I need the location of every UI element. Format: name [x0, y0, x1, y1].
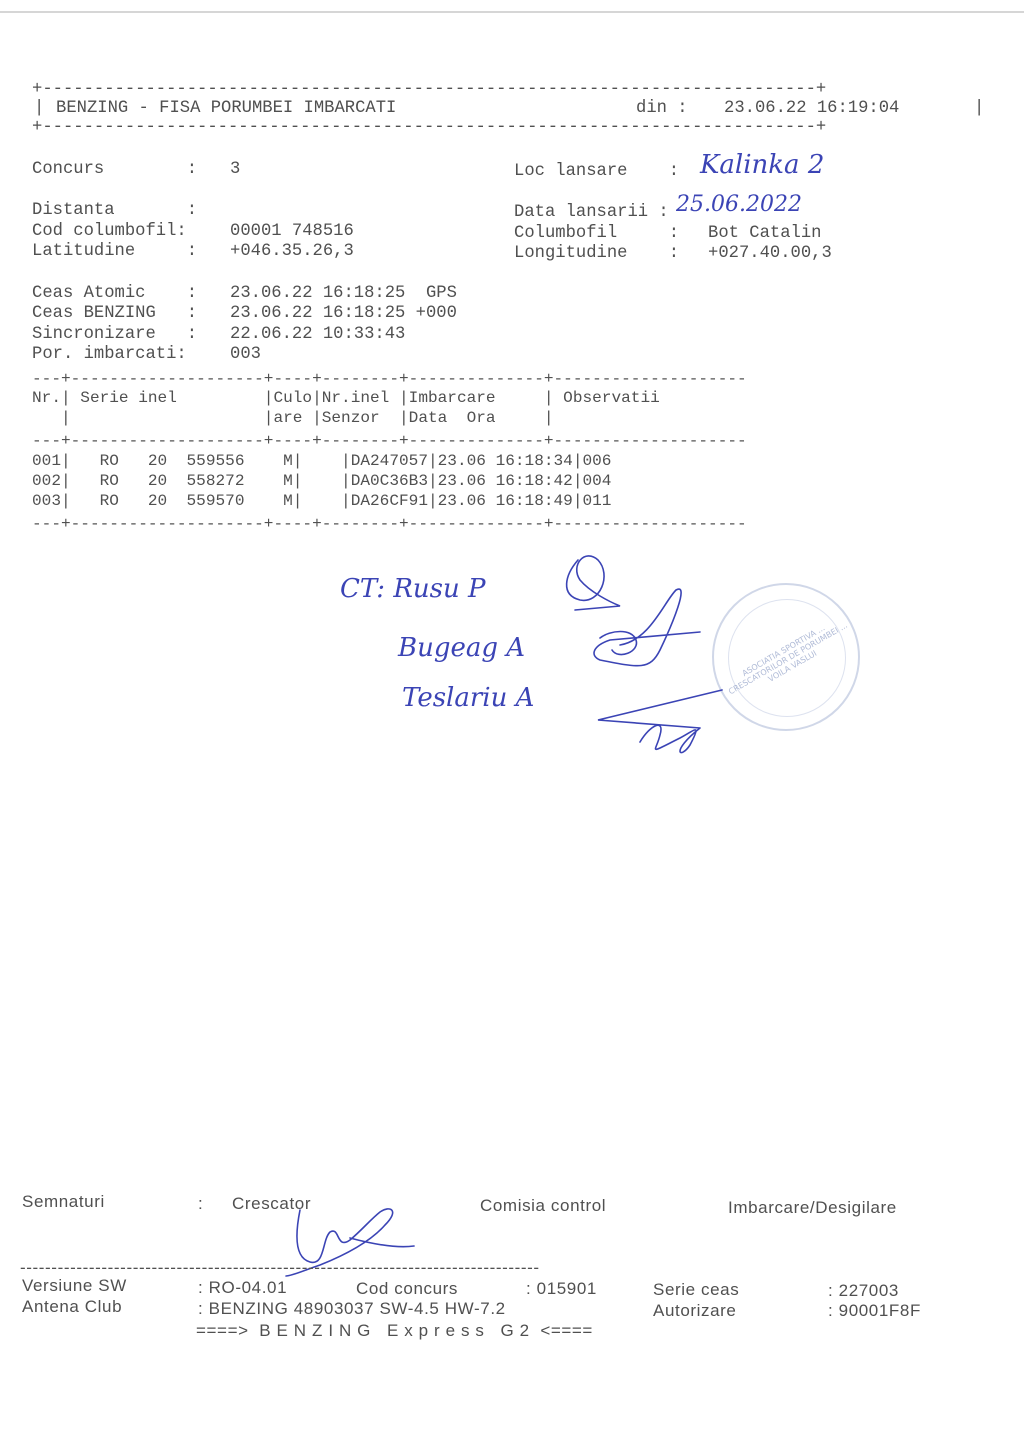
serie-ceas-label: Serie ceas [653, 1280, 739, 1300]
table-header-row-2: | |are |Senzor |Data Ora | [32, 408, 554, 428]
comisia-control-label: Comisia control [480, 1196, 606, 1216]
ceas-atomic-label: Ceas Atomic : [32, 284, 197, 304]
table-rule-mid: ---+--------------------+----+--------+-… [32, 431, 747, 451]
longitudine-label: Longitudine : [514, 244, 679, 264]
table-rule-top: ---+--------------------+----+--------+-… [32, 369, 747, 389]
cod-concurs-label: Cod concurs [356, 1279, 458, 1299]
header-date-label: din : [636, 99, 688, 119]
signatures-rule: ----------------------------------------… [20, 1258, 540, 1278]
scan-edge-line [0, 11, 1024, 13]
loc-lansare-label: Loc lansare : [514, 162, 679, 182]
benzing-express-banner: ====> B E N Z I N G E x p r e s s G 2 <=… [196, 1321, 593, 1341]
ceas-atomic-value: 23.06.22 16:18:25 GPS [230, 284, 457, 304]
table-row: 002| RO 20 558272 M| |DA0C36B3|23.06 16:… [32, 471, 611, 491]
ceas-benzing-value: 23.06.22 16:18:25 +000 [230, 304, 457, 324]
crescator-label: Crescator [232, 1194, 311, 1214]
por-imbarcati-value: 003 [230, 345, 261, 365]
association-stamp: ASOCIATIA SPORTIVA ... CRESCATORILOR DE … [712, 583, 860, 731]
committee-name-2: Bugeag A [398, 633, 525, 663]
ceas-benzing-label: Ceas BENZING : [32, 304, 197, 324]
table-rule-bottom: ---+--------------------+----+--------+-… [32, 514, 747, 534]
table-row: 001| RO 20 559556 M| |DA247057|23.06 16:… [32, 451, 611, 471]
distanta-label: Distanta : [32, 201, 197, 221]
signature-teslariu [598, 690, 722, 753]
sincronizare-value: 22.06.22 10:33:43 [230, 325, 405, 345]
serie-ceas-value: : 227003 [828, 1281, 899, 1301]
data-lansarii-label: Data lansarii : [514, 203, 669, 223]
table-row: 003| RO 20 559570 M| |DA26CF91|23.06 16:… [32, 491, 611, 511]
columbofil-label: Columbofil : [514, 224, 679, 244]
imbarcare-desigilare-label: Imbarcare/Desigilare [728, 1198, 897, 1218]
autorizare-value: : 90001F8F [828, 1301, 921, 1321]
header-left-bar: | [34, 99, 44, 119]
concurs-value: 3 [230, 160, 240, 180]
committee-name-3: Teslariu A [402, 683, 534, 713]
antena-club-value: : BENZING 48903037 SW-4.5 HW-7.2 [198, 1299, 506, 1319]
latitudine-value: +046.35.26,3 [230, 242, 354, 262]
autorizare-label: Autorizare [653, 1301, 736, 1321]
signature-bugeag [594, 589, 700, 666]
sincronizare-label: Sincronizare : [32, 325, 197, 345]
cod-columbofil-label: Cod columbofil: [32, 222, 187, 242]
committee-name-1: CT: Rusu P [340, 574, 486, 604]
cod-concurs-value: : 015901 [526, 1279, 597, 1299]
header-border-top: +---------------------------------------… [32, 80, 826, 100]
longitudine-value: +027.40.00,3 [708, 244, 832, 264]
data-lansarii-value-handwritten: 25.06.2022 [676, 192, 802, 217]
signature-rusu [567, 556, 620, 610]
latitudine-label: Latitudine : [32, 242, 197, 262]
concurs-label: Concurs : [32, 160, 197, 180]
columbofil-value: Bot Catalin [708, 224, 821, 244]
semnaturi-label: Semnaturi [22, 1192, 105, 1212]
header-border-bottom: +---------------------------------------… [32, 118, 826, 138]
semnaturi-separator: : [198, 1194, 203, 1214]
antena-club-label: Antena Club [22, 1297, 122, 1317]
loc-lansare-value-handwritten: Kalinka 2 [700, 150, 824, 180]
por-imbarcati-label: Por. imbarcati: [32, 345, 187, 365]
document-title: BENZING - FISA PORUMBEI IMBARCATI [56, 99, 396, 119]
cod-columbofil-value: 00001 748516 [230, 222, 354, 242]
header-right-bar: | [974, 99, 984, 119]
versiune-sw-value: : RO-04.01 [198, 1278, 287, 1298]
versiune-sw-label: Versiune SW [22, 1276, 127, 1296]
header-date-value: 23.06.22 16:19:04 [724, 99, 899, 119]
table-header-row-1: Nr.| Serie inel |Culo|Nr.inel |Imbarcare… [32, 388, 660, 408]
